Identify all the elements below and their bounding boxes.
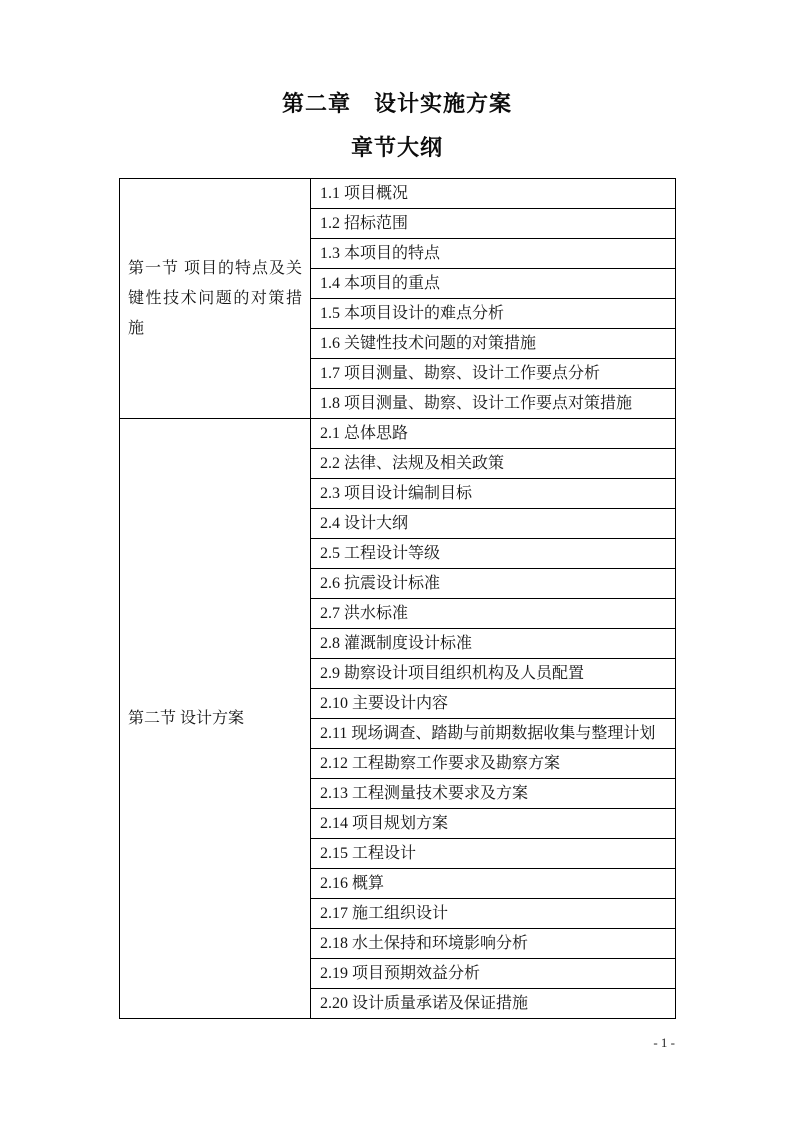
outline-item: 2.14 项目规划方案: [311, 809, 676, 839]
outline-item: 2.2 法律、法规及相关政策: [311, 449, 676, 479]
page-footer: - 1 -: [119, 1035, 675, 1051]
outline-item: 1.2 招标范围: [311, 209, 676, 239]
outline-table: 第一节 项目的特点及关键性技术问题的对策措施 1.1 项目概况 1.2 招标范围…: [119, 178, 676, 1019]
outline-item: 1.6 关键性技术问题的对策措施: [311, 329, 676, 359]
outline-item: 2.10 主要设计内容: [311, 689, 676, 719]
outline-item: 2.7 洪水标准: [311, 599, 676, 629]
outline-item: 2.16 概算: [311, 869, 676, 899]
page-number: - 1 -: [653, 1035, 675, 1050]
outline-item: 1.5 本项目设计的难点分析: [311, 299, 676, 329]
section-label-2: 第二节 设计方案: [120, 419, 311, 1019]
section-label-1: 第一节 项目的特点及关键性技术问题的对策措施: [120, 179, 311, 419]
outline-item: 2.1 总体思路: [311, 419, 676, 449]
outline-item: 2.5 工程设计等级: [311, 539, 676, 569]
outline-item: 2.18 水土保持和环境影响分析: [311, 929, 676, 959]
outline-item: 2.6 抗震设计标准: [311, 569, 676, 599]
outline-item: 2.8 灌溉制度设计标准: [311, 629, 676, 659]
document-page: 第二章 设计实施方案 章节大纲 第一节 项目的特点及关键性技术问题的对策措施 1…: [0, 0, 675, 1051]
outline-item: 2.17 施工组织设计: [311, 899, 676, 929]
table-row: 第二节 设计方案 2.1 总体思路: [120, 419, 676, 449]
outline-item: 2.9 勘察设计项目组织机构及人员配置: [311, 659, 676, 689]
outline-item: 1.1 项目概况: [311, 179, 676, 209]
outline-item: 2.20 设计质量承诺及保证措施: [311, 989, 676, 1019]
outline-item: 2.3 项目设计编制目标: [311, 479, 676, 509]
document-content: 第二章 设计实施方案 章节大纲 第一节 项目的特点及关键性技术问题的对策措施 1…: [119, 90, 675, 1051]
table-row: 第一节 项目的特点及关键性技术问题的对策措施 1.1 项目概况: [120, 179, 676, 209]
outline-item: 2.4 设计大纲: [311, 509, 676, 539]
outline-item: 1.4 本项目的重点: [311, 269, 676, 299]
outline-item: 2.19 项目预期效益分析: [311, 959, 676, 989]
outline-heading: 章节大纲: [119, 134, 675, 162]
outline-item: 1.3 本项目的特点: [311, 239, 676, 269]
chapter-title: 第二章 设计实施方案: [119, 90, 675, 118]
outline-item: 2.13 工程测量技术要求及方案: [311, 779, 676, 809]
outline-item: 2.15 工程设计: [311, 839, 676, 869]
outline-item: 2.11 现场调查、踏勘与前期数据收集与整理计划: [311, 719, 676, 749]
outline-item: 1.7 项目测量、勘察、设计工作要点分析: [311, 359, 676, 389]
outline-item: 2.12 工程勘察工作要求及勘察方案: [311, 749, 676, 779]
outline-item: 1.8 项目测量、勘察、设计工作要点对策措施: [311, 389, 676, 419]
